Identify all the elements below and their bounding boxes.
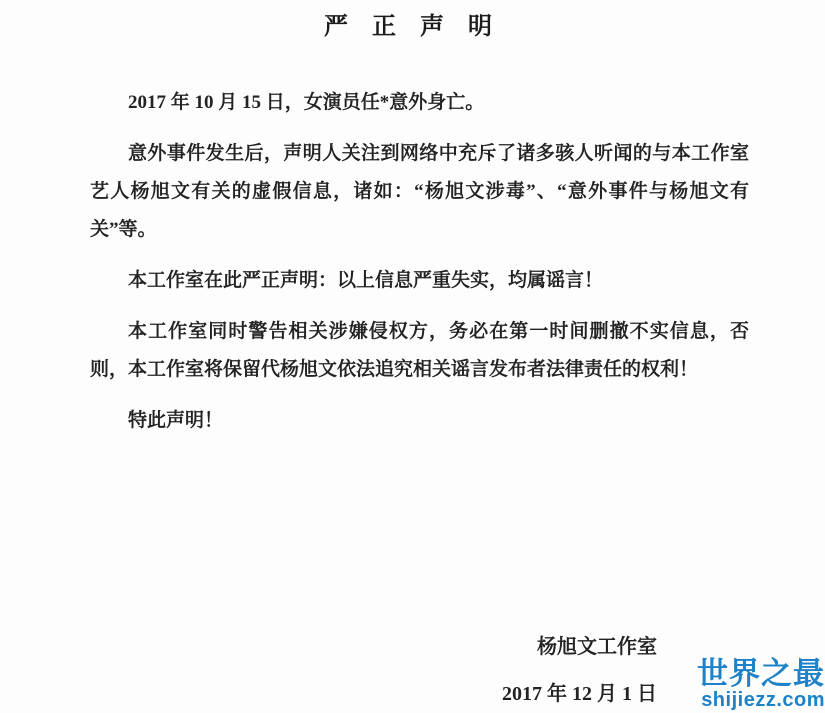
statement-document-page: 严 正 声 明 2017 年 10 月 15 日，女演员任*意外身亡。 意外事件… (0, 0, 825, 713)
paragraph-declaration: 本工作室在此严正声明：以上信息严重失实，均属谣言！ (90, 262, 749, 300)
statement-title: 严 正 声 明 (0, 0, 825, 42)
paragraph-warning: 本工作室同时警告相关涉嫌侵权方，务必在第一时间删撤不实信息，否则，本工作室将保留… (90, 313, 749, 389)
watermark-site-name: 世界之最 (697, 658, 825, 689)
signature-studio-name: 杨旭文工作室 (0, 632, 657, 662)
statement-body: 2017 年 10 月 15 日，女演员任*意外身亡。 意外事件发生后，声明人关… (90, 84, 749, 440)
paragraph-closing: 特此声明！ (90, 402, 749, 440)
paragraph-rumor-description: 意外事件发生后，声明人关注到网络中充斥了诸多骇人听闻的与本工作室艺人杨旭文有关的… (90, 135, 749, 249)
signature-date: 2017 年 12 月 1 日 (0, 679, 657, 709)
watermark-site-url: shijiezz.com (697, 689, 825, 712)
paragraph-incident-date: 2017 年 10 月 15 日，女演员任*意外身亡。 (90, 84, 749, 122)
site-watermark: 世界之最 shijiezz.com (697, 658, 825, 712)
